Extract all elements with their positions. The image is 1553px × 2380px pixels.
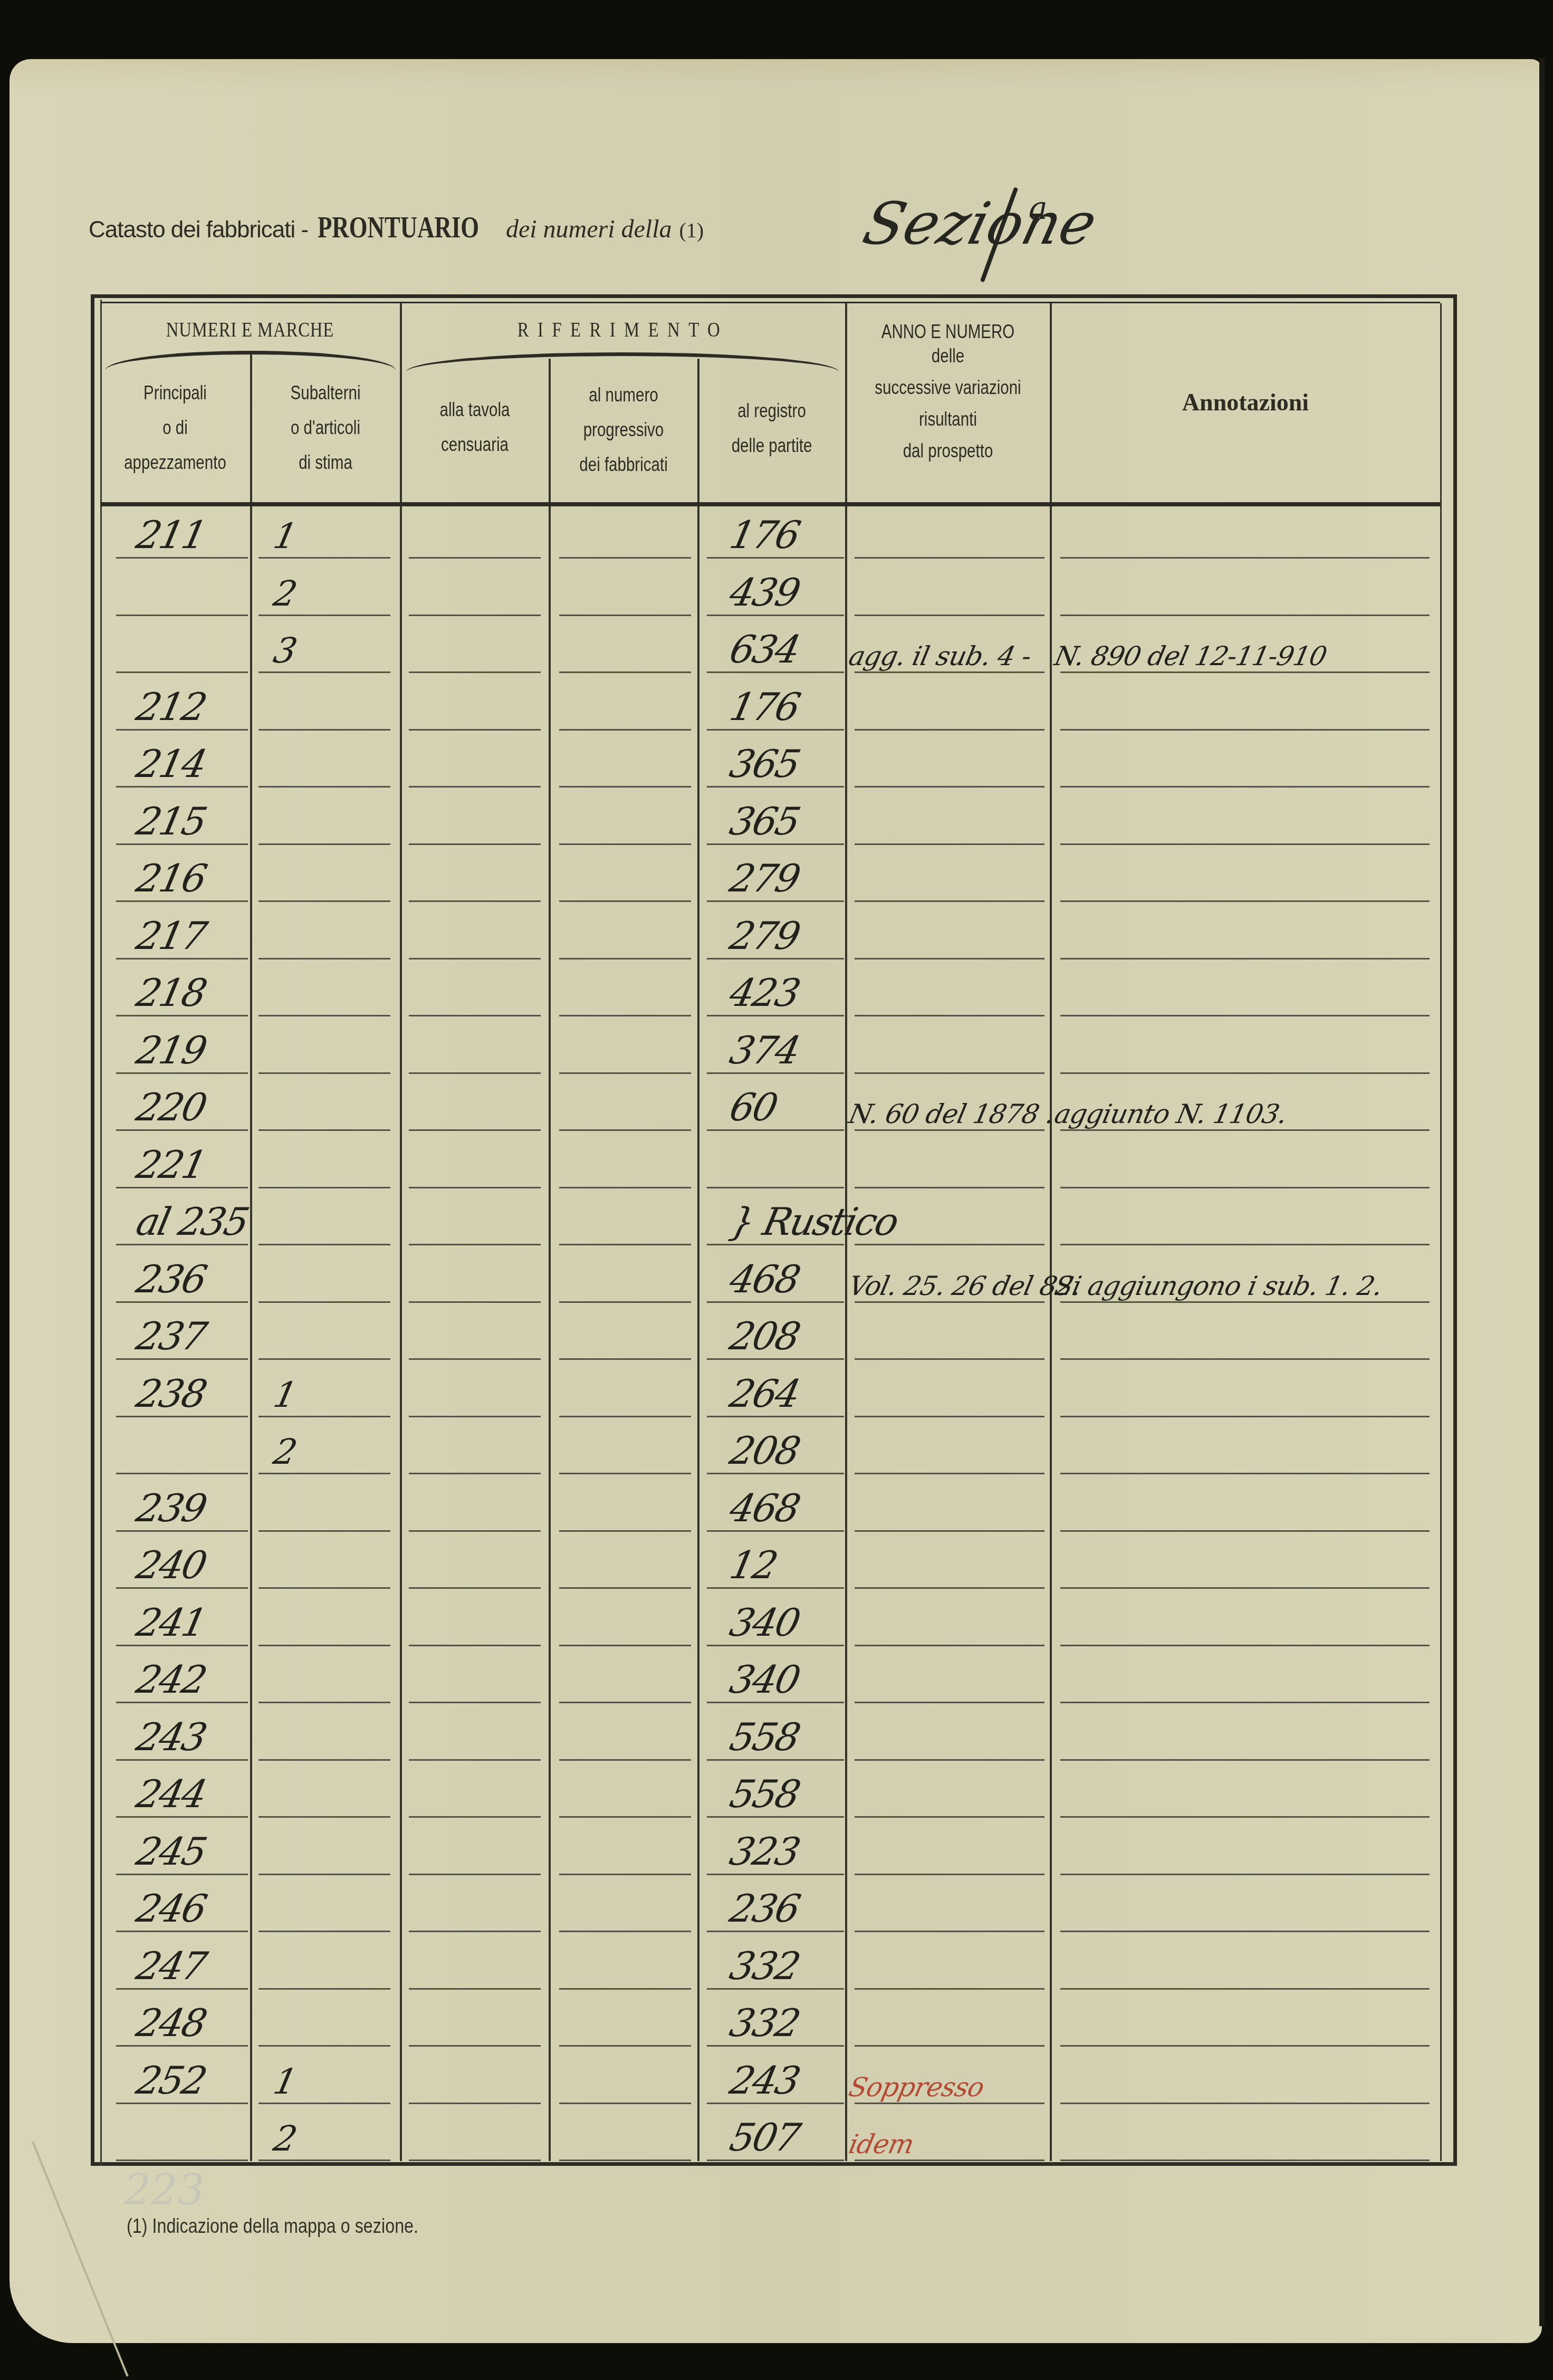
row-rule — [409, 1473, 541, 1474]
cell-principale: 241 — [132, 1600, 209, 1645]
row-rule — [855, 1931, 1044, 1932]
row-rule — [258, 1358, 390, 1360]
cell-registro: 236 — [726, 1886, 803, 1931]
row-rule — [1060, 1473, 1430, 1474]
row-rule — [707, 1702, 844, 1703]
row-rule — [258, 1301, 390, 1303]
row-rule — [1060, 1702, 1430, 1703]
cell-principale: 247 — [132, 1944, 209, 1988]
row-rule — [258, 1187, 390, 1188]
row-rule — [116, 557, 248, 559]
cell-registro: 279 — [726, 914, 803, 958]
table-row: 248332 — [100, 1994, 1440, 2051]
row-rule — [258, 557, 390, 559]
cell-principale: 236 — [132, 1257, 209, 1301]
header-subalterni: Subalterni o d'articoli di stima — [264, 376, 386, 480]
row-rule — [409, 615, 541, 616]
cell-registro: 468 — [726, 1257, 803, 1301]
row-rule — [1060, 1358, 1430, 1360]
row-rule — [409, 1587, 541, 1589]
row-rule — [1060, 786, 1430, 788]
cell-registro: 558 — [726, 1772, 803, 1816]
row-rule — [1060, 1530, 1430, 1532]
row-rule — [559, 1416, 691, 1417]
table-row: 217279 — [100, 907, 1440, 964]
row-rule — [855, 843, 1044, 845]
cell-registro: 423 — [726, 971, 803, 1015]
row-rule — [559, 1187, 691, 1188]
row-rule — [559, 1816, 691, 1818]
cell-principale: 218 — [132, 971, 209, 1015]
row-rule — [258, 1874, 390, 1875]
cell-registro: 365 — [726, 799, 803, 843]
cell-variazione: Vol. 25. 26 del 82. — [846, 1271, 1084, 1301]
table-row: 214365 — [100, 735, 1440, 792]
cell-registro: 176 — [726, 513, 803, 557]
row-rule — [409, 1702, 541, 1703]
row-rule — [409, 958, 541, 959]
row-rule — [409, 1187, 541, 1188]
header-line: delle partite — [712, 428, 832, 463]
row-rule — [559, 729, 691, 731]
header-annotazioni: Annotazioni — [1051, 385, 1440, 420]
header-line: censuaria — [414, 427, 535, 462]
row-rule — [855, 615, 1044, 616]
table-row: 3634agg. il sub. 4 -N. 890 del 12-11-910 — [100, 621, 1440, 678]
header-line: dal prospetto — [865, 434, 1032, 468]
cell-principale: 252 — [132, 2058, 209, 2103]
row-rule — [707, 1187, 844, 1188]
table-row: 239468 — [100, 1480, 1440, 1537]
cell-registro: 507 — [726, 2115, 803, 2160]
row-rule — [409, 1244, 541, 1245]
header-top-rule — [100, 302, 1440, 303]
row-rule — [559, 615, 691, 616]
cell-principale: 237 — [132, 1314, 209, 1358]
row-rule — [409, 1988, 541, 1990]
header-rule — [100, 502, 1440, 506]
cell-subalterno: 1 — [270, 516, 301, 556]
row-rule — [1060, 1416, 1430, 1417]
header-line: o di — [114, 410, 237, 445]
cell-principale: al 235 — [132, 1199, 252, 1244]
cell-subalterno: 2 — [270, 2118, 301, 2159]
row-rule — [855, 1015, 1044, 1016]
row-rule — [258, 1129, 390, 1131]
header-line: progressivo — [563, 412, 684, 447]
page-edge — [1539, 58, 1545, 2326]
row-rule — [855, 2160, 1044, 2161]
cell-registro: 340 — [726, 1657, 803, 1702]
row-rule — [409, 1072, 541, 1074]
cell-variazione: agg. il sub. 4 - — [846, 641, 1034, 671]
row-rule — [258, 1244, 390, 1245]
row-rule — [258, 615, 390, 616]
row-rule — [1060, 671, 1430, 673]
table-row: 2208 — [100, 1422, 1440, 1479]
row-rule — [1060, 1874, 1430, 1875]
cell-registro: 208 — [726, 1428, 803, 1473]
cell-registro: 264 — [726, 1371, 803, 1416]
header-line: dei fabbricati — [563, 447, 684, 482]
cell-annotazione: N. 890 del 12-11-910 — [1052, 641, 1329, 671]
cell-variazione: Soppresso — [846, 2072, 987, 2103]
row-rule — [409, 1129, 541, 1131]
row-rule — [116, 1129, 248, 1131]
cell-principale: 212 — [132, 685, 209, 729]
row-rule — [855, 786, 1044, 788]
cell-principale: 217 — [132, 914, 209, 958]
header-tavola: alla tavola censuaria — [414, 392, 535, 462]
row-rule — [1060, 2045, 1430, 2047]
row-rule — [1060, 2103, 1430, 2104]
table-row: 2111176 — [100, 506, 1440, 563]
table-row: 2507idem — [100, 2109, 1440, 2166]
cell-principale: 220 — [132, 1085, 209, 1129]
cell-registro: } Rustico — [726, 1199, 902, 1244]
footnote-ref: (1) — [679, 218, 704, 242]
row-rule — [855, 1244, 1044, 1245]
header-line: di stima — [264, 445, 386, 480]
row-rule — [855, 1072, 1044, 1074]
cell-principale: 246 — [132, 1886, 209, 1931]
table-row: 216279 — [100, 850, 1440, 907]
table-row: 24012 — [100, 1537, 1440, 1594]
row-rule — [855, 1187, 1044, 1188]
row-rule — [707, 2160, 844, 2161]
header-line: al registro — [712, 394, 832, 428]
table-row: 245323 — [100, 1823, 1440, 1880]
header-line: alla tavola — [414, 392, 535, 427]
row-rule — [855, 1874, 1044, 1875]
row-rule — [1060, 1988, 1430, 1990]
row-rule — [1060, 843, 1430, 845]
header-line: al numero — [563, 378, 684, 412]
row-rule — [559, 900, 691, 902]
header-numeri-e-marche: NUMERI E MARCHE — [127, 312, 373, 347]
row-rule — [559, 1358, 691, 1360]
row-rule — [116, 1587, 248, 1589]
row-rule — [1060, 1187, 1430, 1188]
table-row: 236468Vol. 25. 26 del 82.Si aggiungono i… — [100, 1251, 1440, 1308]
row-rule — [855, 1645, 1044, 1646]
row-rule — [258, 1988, 390, 1990]
row-rule — [258, 1645, 390, 1646]
row-rule — [258, 1473, 390, 1474]
row-rule — [559, 958, 691, 959]
row-rule — [116, 1473, 248, 1474]
handwritten-section-number: a — [1029, 190, 1048, 227]
row-rule — [116, 1816, 248, 1818]
row-rule — [409, 900, 541, 902]
row-rule — [707, 1931, 844, 1932]
cell-registro: 243 — [726, 2058, 803, 2103]
cell-annotazione: aggiunto N. 1103. — [1052, 1099, 1290, 1129]
cell-registro: 323 — [726, 1829, 803, 1874]
row-rule — [707, 1015, 844, 1016]
row-rule — [707, 671, 844, 673]
row-rule — [116, 2045, 248, 2047]
cell-registro: 332 — [726, 1944, 803, 1988]
table-row: 212176 — [100, 678, 1440, 735]
row-rule — [855, 958, 1044, 959]
row-rule — [1060, 900, 1430, 902]
row-rule — [559, 1759, 691, 1761]
row-rule — [409, 1358, 541, 1360]
cell-registro: 468 — [726, 1486, 803, 1530]
cell-registro: 439 — [726, 570, 803, 615]
header-principali: Principali o di appezzamento — [114, 376, 237, 480]
row-rule — [1060, 557, 1430, 559]
row-rule — [409, 843, 541, 845]
row-rule — [116, 1931, 248, 1932]
cell-registro: 279 — [726, 856, 803, 900]
row-rule — [1060, 1759, 1430, 1761]
header-line: appezzamento — [114, 445, 237, 480]
row-rule — [1060, 1015, 1430, 1016]
row-rule — [409, 1645, 541, 1646]
row-rule — [559, 1301, 691, 1303]
row-rule — [707, 1816, 844, 1818]
table-row: 242340 — [100, 1651, 1440, 1708]
row-rule — [855, 1358, 1044, 1360]
row-rule — [258, 671, 390, 673]
cell-variazione: N. 60 del 1878 . — [846, 1099, 1058, 1129]
row-rule — [409, 729, 541, 731]
row-rule — [707, 1587, 844, 1589]
cell-principale: 211 — [132, 513, 209, 557]
row-rule — [855, 671, 1044, 673]
footnote: (1) Indicazione della mappa o sezione. — [127, 2215, 418, 2238]
row-rule — [116, 1015, 248, 1016]
cell-registro: 634 — [726, 627, 803, 671]
row-rule — [559, 1473, 691, 1474]
row-rule — [559, 2045, 691, 2047]
row-rule — [116, 900, 248, 902]
row-rule — [409, 557, 541, 559]
cell-subalterno: 1 — [270, 1375, 301, 1415]
table-row: 2521243Soppresso — [100, 2052, 1440, 2109]
cell-variazione: idem — [846, 2129, 916, 2160]
header-registro: al registro delle partite — [712, 394, 832, 463]
row-rule — [855, 2045, 1044, 2047]
table-row: 218423 — [100, 964, 1440, 1021]
row-rule — [707, 1244, 844, 1245]
cell-principale: 240 — [132, 1543, 209, 1587]
header-line: successive variazioni — [865, 370, 1032, 405]
cell-registro: 558 — [726, 1715, 803, 1759]
row-rule — [258, 2045, 390, 2047]
cell-registro: 340 — [726, 1600, 803, 1645]
row-rule — [559, 557, 691, 559]
cell-principale: 221 — [132, 1143, 209, 1187]
row-rule — [1060, 1931, 1430, 1932]
row-rule — [559, 1874, 691, 1875]
header-riferimento: RIFERIMENTO — [441, 312, 805, 347]
row-rule — [1060, 1645, 1430, 1646]
cell-registro: 208 — [726, 1314, 803, 1358]
cell-principale: 245 — [132, 1829, 209, 1874]
table-row: 22060N. 60 del 1878 .aggiunto N. 1103. — [100, 1079, 1440, 1136]
row-rule — [559, 2103, 691, 2104]
row-rule — [1060, 1244, 1430, 1245]
cell-subalterno: 3 — [270, 630, 301, 671]
header-line: Principali — [114, 376, 237, 410]
cell-registro: 12 — [726, 1543, 780, 1587]
title-prefix: Catasto dei fabbricati - — [89, 217, 308, 243]
cell-subalterno: 2 — [270, 1432, 301, 1472]
row-rule — [1060, 2160, 1430, 2161]
row-rule — [258, 1702, 390, 1703]
row-rule — [855, 1473, 1044, 1474]
cell-principale: 239 — [132, 1486, 209, 1530]
row-rule — [559, 1129, 691, 1131]
row-rule — [707, 2045, 844, 2047]
table-row: 237208 — [100, 1308, 1440, 1365]
cell-principale: 243 — [132, 1715, 209, 1759]
row-rule — [116, 615, 248, 616]
row-rule — [409, 1530, 541, 1532]
row-rule — [855, 1702, 1044, 1703]
row-rule — [559, 1988, 691, 1990]
header-line: o d'articoli — [264, 410, 386, 445]
row-rule — [258, 1015, 390, 1016]
cell-principale: 248 — [132, 2001, 209, 2045]
table-row: 2439 — [100, 564, 1440, 621]
table-row: 243558 — [100, 1709, 1440, 1765]
handwritten-section: Sezione — [857, 190, 1104, 257]
header-anno-numero: ANNO E NUMERO delle successive variazion… — [865, 314, 1032, 468]
cell-registro: 176 — [726, 685, 803, 729]
header-line: Subalterni — [264, 376, 386, 410]
table-row: 215365 — [100, 793, 1440, 850]
row-rule — [409, 2103, 541, 2104]
row-rule — [258, 900, 390, 902]
row-rule — [707, 1358, 844, 1360]
cell-subalterno: 1 — [270, 2061, 301, 2102]
row-rule — [409, 671, 541, 673]
row-rule — [409, 1015, 541, 1016]
row-rule — [855, 1816, 1044, 1818]
table-row: 219374 — [100, 1022, 1440, 1079]
table-row: 244558 — [100, 1765, 1440, 1822]
cell-registro: 332 — [726, 2001, 803, 2045]
cell-principale: 219 — [132, 1028, 209, 1072]
row-rule — [1060, 1072, 1430, 1074]
row-rule — [855, 900, 1044, 902]
row-rule — [1060, 615, 1430, 616]
row-rule — [707, 900, 844, 902]
row-rule — [409, 1931, 541, 1932]
row-rule — [855, 1416, 1044, 1417]
row-rule — [707, 1129, 844, 1131]
page-title: Catasto dei fabbricati - PRONTUARIO dei … — [89, 211, 704, 245]
row-rule — [258, 1759, 390, 1761]
row-rule — [409, 1816, 541, 1818]
row-rule — [258, 1587, 390, 1589]
cell-principale: 216 — [132, 856, 209, 900]
row-rule — [855, 1530, 1044, 1532]
pencil-mark: 223 — [124, 2165, 205, 2214]
cell-registro: 365 — [726, 742, 803, 786]
row-rule — [559, 843, 691, 845]
row-rule — [409, 2045, 541, 2047]
cell-principale: 214 — [132, 742, 209, 786]
row-rule — [409, 786, 541, 788]
header-numero: al numero progressivo dei fabbricati — [563, 378, 684, 482]
table-row: 241340 — [100, 1594, 1440, 1651]
row-rule — [409, 2160, 541, 2161]
table-row: 221 — [100, 1136, 1440, 1193]
row-rule — [258, 1416, 390, 1417]
row-rule — [116, 1244, 248, 1245]
title-main: PRONTUARIO — [318, 211, 479, 245]
row-rule — [855, 1988, 1044, 1990]
row-rule — [258, 843, 390, 845]
row-rule — [855, 1129, 1044, 1131]
row-rule — [559, 1530, 691, 1532]
row-rule — [258, 1530, 390, 1532]
row-rule — [559, 1702, 691, 1703]
row-rule — [258, 1816, 390, 1818]
row-rule — [116, 1702, 248, 1703]
row-rule — [1060, 1129, 1430, 1131]
row-rule — [855, 729, 1044, 731]
row-rule — [258, 1072, 390, 1074]
row-rule — [559, 1072, 691, 1074]
row-rule — [559, 1645, 691, 1646]
row-rule — [559, 1587, 691, 1589]
table-row: al 235} Rustico — [100, 1193, 1440, 1250]
col-divider — [1440, 303, 1442, 2161]
row-rule — [116, 1358, 248, 1360]
row-rule — [258, 2160, 390, 2161]
row-rule — [116, 2160, 248, 2161]
row-rule — [855, 1759, 1044, 1761]
row-rule — [707, 557, 844, 559]
cell-subalterno: 2 — [270, 573, 301, 614]
cell-principale: 242 — [132, 1657, 209, 1702]
row-rule — [559, 786, 691, 788]
row-rule — [409, 1416, 541, 1417]
cell-principale: 215 — [132, 799, 209, 843]
row-rule — [409, 1301, 541, 1303]
row-rule — [855, 557, 1044, 559]
row-rule — [1060, 1587, 1430, 1589]
row-rule — [559, 671, 691, 673]
row-rule — [116, 671, 248, 673]
row-rule — [559, 1244, 691, 1245]
row-rule — [559, 1015, 691, 1016]
cell-registro: 60 — [726, 1085, 780, 1129]
row-rule — [258, 2103, 390, 2104]
cell-principale: 244 — [132, 1772, 209, 1816]
row-rule — [409, 1759, 541, 1761]
row-rule — [409, 1874, 541, 1875]
cell-annotazione: Si aggiungono i sub. 1. 2. — [1052, 1271, 1385, 1301]
row-rule — [258, 958, 390, 959]
title-subtitle: dei numeri della — [506, 215, 672, 243]
table-row: 247332 — [100, 1937, 1440, 1994]
cell-registro: 374 — [726, 1028, 803, 1072]
row-rule — [258, 1931, 390, 1932]
row-rule — [1060, 729, 1430, 731]
row-rule — [258, 729, 390, 731]
row-rule — [707, 1473, 844, 1474]
row-rule — [1060, 958, 1430, 959]
table-row: 246236 — [100, 1880, 1440, 1937]
row-rule — [116, 786, 248, 788]
